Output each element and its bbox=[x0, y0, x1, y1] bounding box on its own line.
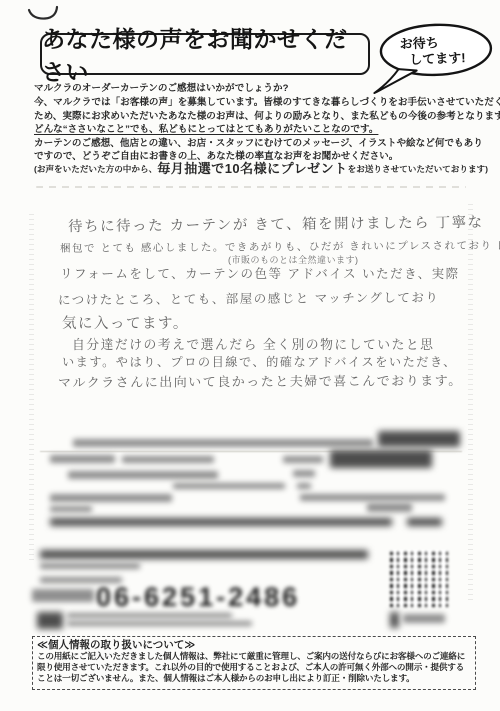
redacted-company-line bbox=[50, 518, 392, 526]
comment-line-7: います。やはり、プロの目線で、的確なアドバイスをいただき、 bbox=[62, 353, 457, 370]
phone-number: 06-6251-2486 bbox=[96, 582, 300, 613]
speech-bubble-text: お待ち してます! bbox=[399, 34, 480, 69]
intro-line-2: 今、マルクラでは「お客様の声」を募集しています。皆様のすてきな暮らしづくりをお手… bbox=[34, 97, 486, 108]
qr-code bbox=[390, 550, 448, 607]
redacted-tel-fax-label bbox=[32, 589, 94, 602]
company-logo-mark bbox=[37, 612, 63, 629]
prize-prefix: (お声をいただいた方の中から、 bbox=[34, 164, 157, 174]
qr-footer-text bbox=[403, 614, 445, 623]
comment-line-8: マルクラさんに出向いて良かったと夫婦で喜こんでおります。 bbox=[58, 370, 463, 391]
comment-line-1: 待ちに待った カーテンが きて、箱を開けましたら 丁寧な bbox=[68, 211, 484, 236]
redacted-small-3 bbox=[297, 483, 311, 489]
comment-line-3: リフォームをして、カーテンの色等 アドバイス いただき、実際 bbox=[60, 264, 460, 282]
scan-noise-left bbox=[29, 210, 34, 560]
comment-line-5: 気に入ってます。 bbox=[62, 312, 189, 333]
faint-divider-line bbox=[36, 186, 466, 188]
redacted-small-4 bbox=[50, 506, 92, 512]
title-box: あなた様の声をお聞かせください bbox=[40, 33, 370, 75]
scan-noise-right bbox=[468, 200, 473, 600]
intro-line-5: カーテンのご感想、他店との違い、お店・スタッフにむけてのメッセージ、イラストや絵… bbox=[34, 138, 486, 149]
scanned-feedback-form: あなた様の声をお聞かせください お待ち してます! マルクラのオーダーカーテンの… bbox=[0, 0, 500, 711]
redacted-url-line-2 bbox=[67, 621, 252, 626]
redacted-thanks-line bbox=[73, 439, 373, 447]
qr-footer-icon bbox=[390, 612, 399, 628]
prize-main: 毎月抽選で10名様にプレゼント bbox=[157, 161, 347, 176]
comment-line-4: につけたところ、とても、部屋の感じと マッチングしており bbox=[58, 288, 439, 309]
redacted-name-handwritten bbox=[330, 450, 432, 468]
redacted-company-line-end bbox=[407, 518, 442, 526]
privacy-notice-box: ≪個人情報の取り扱いについて≫ この用紙にご記入いただきました個人情報は、弊社に… bbox=[32, 636, 476, 690]
redacted-address-line bbox=[68, 471, 218, 479]
comment-line-6: 自分達だけの考えで選んだら 全く別の物にしていたと思 bbox=[72, 334, 434, 353]
redacted-small-1 bbox=[293, 470, 315, 477]
redacted-postal-code bbox=[122, 456, 214, 463]
redacted-address-label bbox=[50, 455, 115, 463]
scan-artifact-mark bbox=[27, 3, 61, 23]
intro-question: マルクラのオーダーカーテンのご感想はいかがでしょうか? bbox=[34, 83, 486, 94]
intro-line-4-underlined: どんな“ささいなこと”でも、私どもにとってはとてもありがたいことなのです。 bbox=[34, 124, 486, 135]
intro-line-3: ため、実際にお求めいただいたあなた様のお声は、何よりの励みとなり、また私どもの今… bbox=[34, 111, 486, 122]
redacted-date-row bbox=[300, 494, 445, 501]
redacted-phone-row bbox=[50, 494, 172, 502]
prize-line: (お声をいただいた方の中から、毎月抽選で10名様にプレゼントをお送りさせていただ… bbox=[34, 158, 486, 178]
redacted-small-2 bbox=[173, 483, 285, 489]
redacted-small-5 bbox=[367, 503, 412, 512]
privacy-body: この用紙にご記入いただきました個人情報は、弊社にて厳重に管理し、ご案内の送付なら… bbox=[37, 651, 471, 683]
page-title: あなた様の声をお聞かせください bbox=[42, 21, 368, 87]
prize-suffix: をお送りさせていただいております) bbox=[348, 164, 488, 174]
bubble-line-2: してます! bbox=[409, 50, 481, 68]
privacy-heading: ≪個人情報の取り扱いについて≫ bbox=[37, 639, 471, 651]
redacted-url-line-1 bbox=[67, 613, 232, 618]
redacted-shop-name bbox=[40, 550, 368, 559]
redacted-shop-address-1 bbox=[40, 563, 140, 569]
redacted-name-label bbox=[283, 456, 323, 463]
redacted-name-top bbox=[378, 431, 460, 447]
